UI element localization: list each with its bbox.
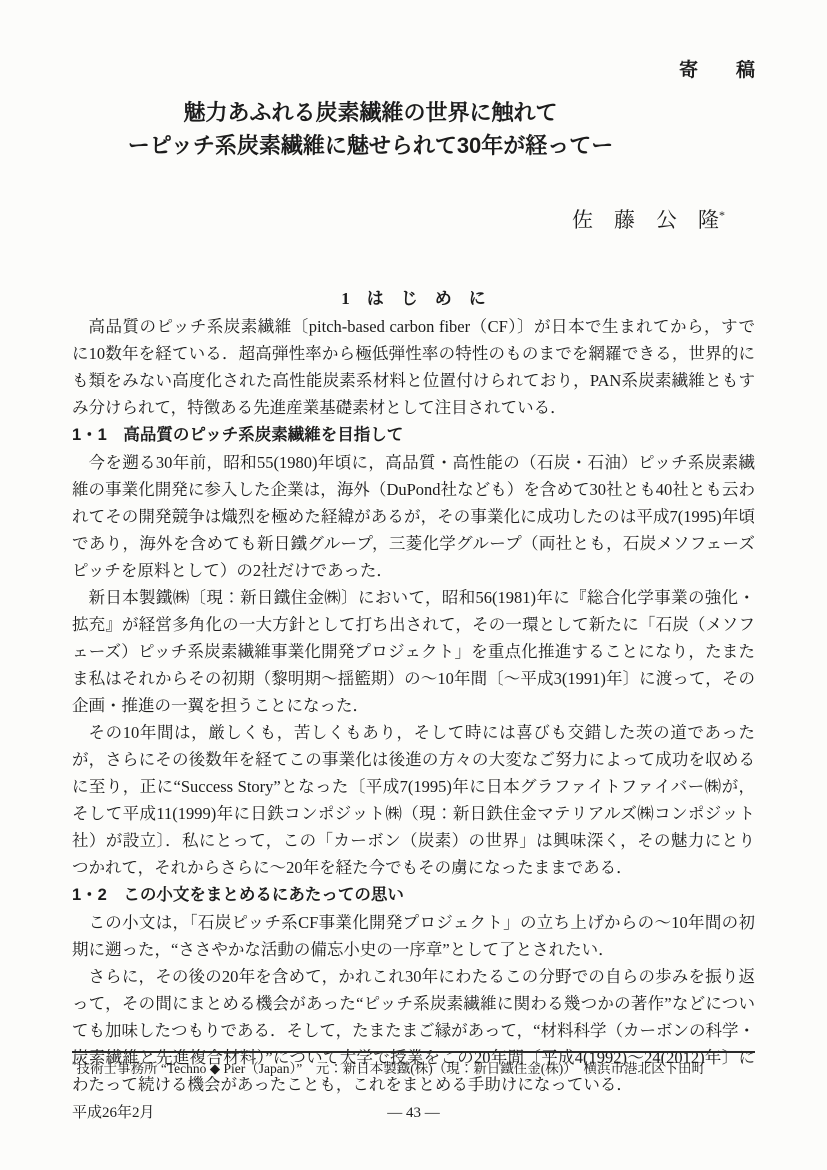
footnote: *技術士事務所 “Techno ◆ Pier（Japan）” 元：新日本製鐵(株… bbox=[72, 1051, 755, 1078]
footer-page-number: ― 43 ― bbox=[72, 1102, 755, 1124]
article-title: 魅力あふれる炭素繊維の世界に触れて ーピッチ系炭素繊維に魅せられて30年が経って… bbox=[72, 96, 669, 162]
author-footnote-marker: * bbox=[719, 208, 725, 222]
footer-date: 平成26年2月 bbox=[72, 1105, 155, 1121]
paragraph-4: その10年間は，厳しくも，苦しくもあり，そして時には喜びも交錯した茨の道であった… bbox=[72, 719, 755, 881]
page-footer: ― 43 ― 平成26年2月 bbox=[72, 1102, 755, 1124]
footnote-text: 技術士事務所 “Techno ◆ Pier（Japan）” 元：新日本製鐵(株)… bbox=[77, 1061, 706, 1076]
document-page: 寄 稿 魅力あふれる炭素繊維の世界に触れて ーピッチ系炭素繊維に魅せられて30年… bbox=[0, 0, 827, 1170]
section-heading-1-1: 1・1 高品質のピッチ系炭素繊維を目指して bbox=[72, 421, 755, 449]
category-label: 寄 稿 bbox=[72, 58, 755, 84]
title-line-2: ーピッチ系炭素繊維に魅せられて30年が経ってー bbox=[72, 129, 669, 162]
paragraph-3: 新日本製鐵㈱〔現：新日鐵住金㈱〕において，昭和56(1981)年に『総合化学事業… bbox=[72, 584, 755, 719]
paragraph-2: 今を遡る30年前，昭和55(1980)年頃に，高品質・高性能の（石炭・石油）ピッ… bbox=[72, 449, 755, 584]
author-row: 佐 藤 公 隆* bbox=[72, 177, 755, 264]
author-name: 佐 藤 公 隆 bbox=[572, 208, 719, 232]
paragraph-5: この小文は，「石炭ピッチ系CF事業化開発プロジェクト」の立ち上げからの～10年間… bbox=[72, 909, 755, 963]
article-body: 1 は じ め に 高品質のピッチ系炭素繊維〔pitch-based carbo… bbox=[72, 285, 755, 1098]
section-heading-1: 1 は じ め に bbox=[72, 285, 755, 313]
paragraph-1: 高品質のピッチ系炭素繊維〔pitch-based carbon fiber（CF… bbox=[72, 313, 755, 421]
section-heading-1-2: 1・2 この小文をまとめるにあたっての思い bbox=[72, 881, 755, 909]
title-line-1: 魅力あふれる炭素繊維の世界に触れて bbox=[72, 96, 669, 129]
